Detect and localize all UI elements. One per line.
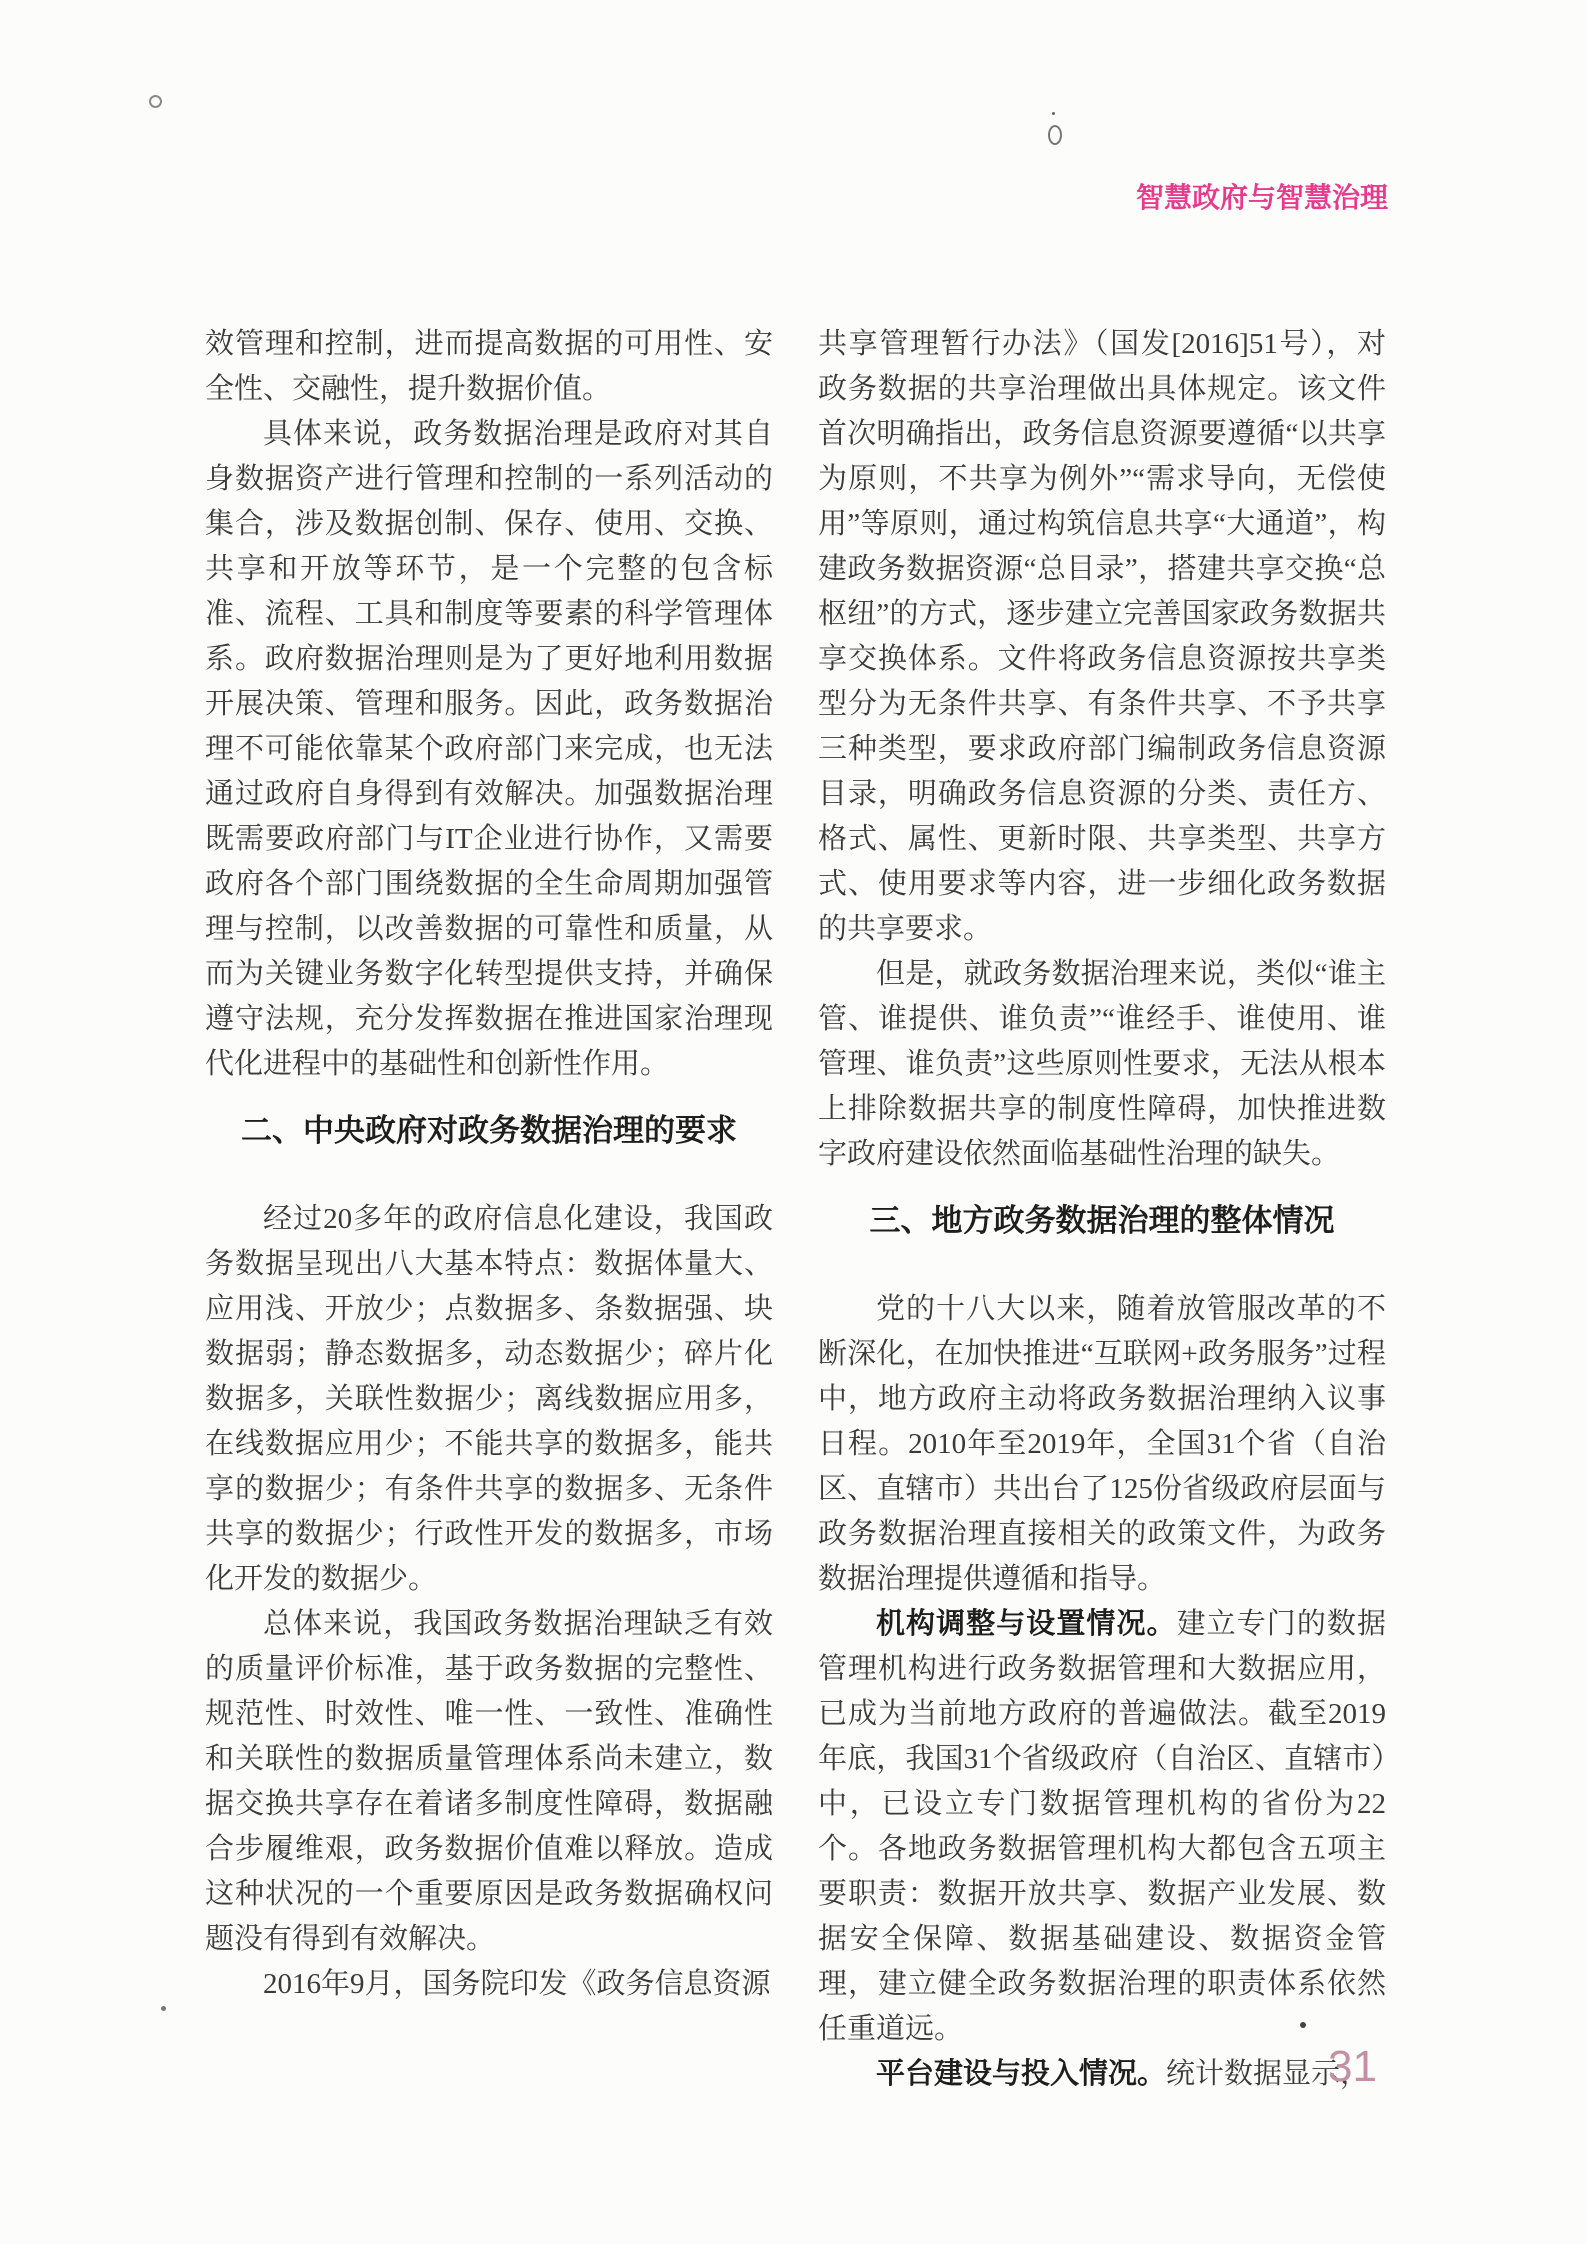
paragraph: 2016年9月，国务院印发《政务信息资源 bbox=[205, 1962, 773, 2007]
paragraph-lead: 平台建设与投入情况。 bbox=[876, 2058, 1166, 2090]
paragraph: 但是，就政务数据治理来说，类似“谁主管、谁提供、谁负责”“谁经手、谁使用、谁管理… bbox=[818, 952, 1386, 1177]
section-heading: 二、中央政府对政务数据治理的要求 bbox=[205, 1107, 773, 1155]
paragraph: 效管理和控制，进而提高数据的可用性、安全性、交融性，提升数据价值。 bbox=[205, 322, 773, 412]
paragraph: 机构调整与设置情况。建立专门的数据管理机构进行政务数据管理和大数据应用，已成为当… bbox=[818, 1602, 1386, 2052]
paragraph: 平台建设与投入情况。统计数据显示， bbox=[818, 2052, 1386, 2097]
scan-artifact-dot bbox=[161, 2006, 166, 2011]
article-body: 效管理和控制，进而提高数据的可用性、安全性、交融性，提升数据价值。具体来说，政务… bbox=[205, 322, 1387, 2097]
left-column: 效管理和控制，进而提高数据的可用性、安全性、交融性，提升数据价值。具体来说，政务… bbox=[205, 322, 773, 2097]
paragraph: 总体来说，我国政务数据治理缺乏有效的质量评价标准，基于政务数据的完整性、规范性、… bbox=[205, 1602, 773, 1962]
paragraph: 共享管理暂行办法》（国发[2016]51号），对政务数据的共享治理做出具体规定。… bbox=[818, 322, 1386, 952]
paragraph-lead: 机构调整与设置情况。 bbox=[876, 1608, 1177, 1640]
scan-artifact-ring bbox=[1048, 125, 1062, 145]
page-number: 31 bbox=[1328, 2042, 1377, 2092]
scan-artifact-dot bbox=[1052, 112, 1055, 115]
running-header: 智慧政府与智慧治理 bbox=[1136, 176, 1396, 216]
section-heading: 三、地方政务数据治理的整体情况 bbox=[818, 1197, 1386, 1245]
scan-artifact-dot bbox=[1300, 2022, 1306, 2028]
scan-artifact-circle bbox=[149, 95, 162, 108]
paragraph: 具体来说，政务数据治理是政府对其自身数据资产进行管理和控制的一系列活动的集合，涉… bbox=[205, 412, 773, 1087]
paragraph: 经过20多年的政府信息化建设，我国政务数据呈现出八大基本特点：数据体量大、应用浅… bbox=[205, 1197, 773, 1602]
scanned-journal-page: 智慧政府与智慧治理 效管理和控制，进而提高数据的可用性、安全性、交融性，提升数据… bbox=[0, 0, 1586, 2244]
right-column: 共享管理暂行办法》（国发[2016]51号），对政务数据的共享治理做出具体规定。… bbox=[818, 322, 1386, 2097]
paragraph: 党的十八大以来，随着放管服改革的不断深化，在加快推进“互联网+政务服务”过程中，… bbox=[818, 1287, 1386, 1602]
